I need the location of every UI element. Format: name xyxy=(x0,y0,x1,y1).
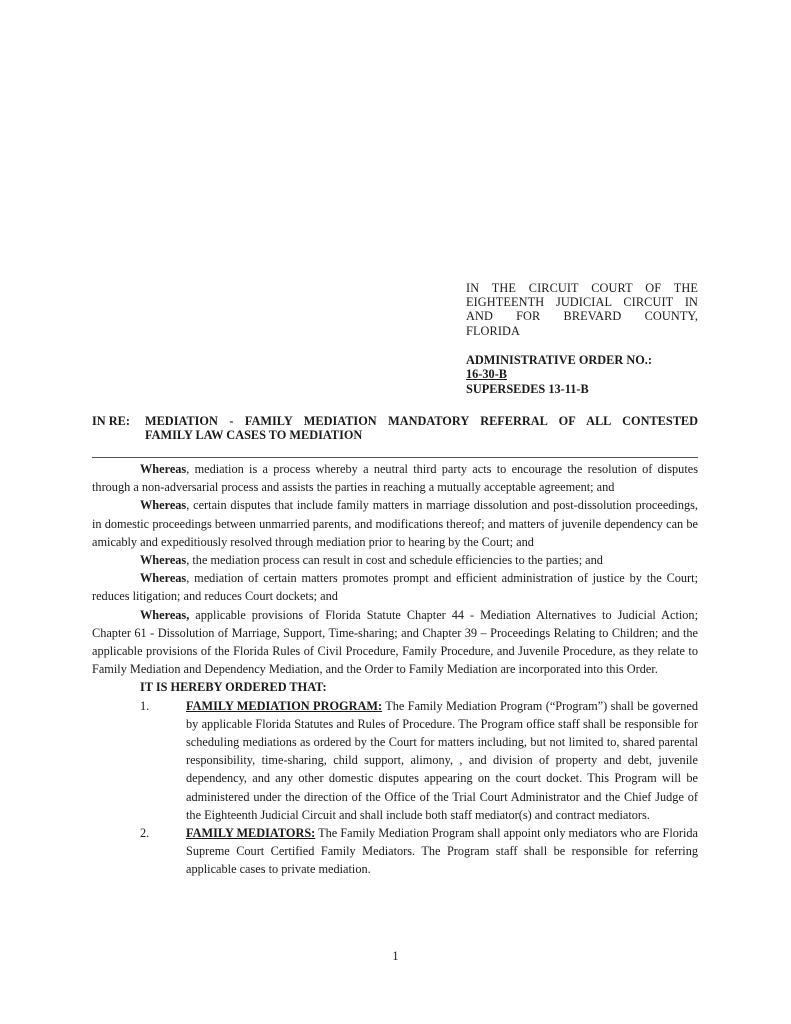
caption-line: EIGHTEENTH JUDICIAL CIRCUIT IN xyxy=(466,295,698,309)
in-re-heading: IN RE: MEDIATION - FAMILY MEDIATION MAND… xyxy=(92,414,698,442)
order-item: 2. FAMILY MEDIATORS: The Family Mediatio… xyxy=(140,824,698,879)
order-item: 1. FAMILY MEDIATION PROGRAM: The Family … xyxy=(140,697,698,824)
in-re-label: IN RE: xyxy=(92,414,130,428)
whereas-clause: Whereas, the mediation process can resul… xyxy=(92,551,698,569)
order-body: Whereas, mediation is a process whereby … xyxy=(92,460,698,879)
in-re-title-line2: FAMILY LAW CASES TO MEDIATION xyxy=(145,428,362,442)
item-number: 2. xyxy=(140,824,149,842)
item-heading: FAMILY MEDIATORS: xyxy=(186,826,315,840)
whereas-clause: Whereas, applicable provisions of Florid… xyxy=(92,606,698,679)
whereas-clause: Whereas, mediation is a process whereby … xyxy=(92,460,698,496)
whereas-lead: Whereas xyxy=(140,498,186,512)
caption-line: IN THE CIRCUIT COURT OF THE xyxy=(466,281,698,295)
order-number: 16-30-B xyxy=(466,367,652,381)
whereas-lead: Whereas, xyxy=(140,608,189,622)
separator-rule xyxy=(92,457,698,458)
item-heading: FAMILY MEDIATION PROGRAM: xyxy=(186,699,382,713)
caption-line: AND FOR BREVARD COUNTY, xyxy=(466,309,698,323)
item-text: The Family Mediation Program (“Program”)… xyxy=(186,699,698,822)
item-number: 1. xyxy=(140,697,149,715)
whereas-lead: Whereas xyxy=(140,553,186,567)
whereas-lead: Whereas xyxy=(140,462,186,476)
in-re-title-line1: MEDIATION - FAMILY MEDIATION MANDATORY R… xyxy=(145,414,698,428)
page-number: 1 xyxy=(0,949,791,964)
supersedes: SUPERSEDES 13-11-B xyxy=(466,382,652,396)
whereas-clause: Whereas, mediation of certain matters pr… xyxy=(92,569,698,605)
caption-line: FLORIDA xyxy=(466,324,698,338)
court-caption: IN THE CIRCUIT COURT OF THE EIGHTEENTH J… xyxy=(466,281,698,338)
ordered-heading: IT IS HEREBY ORDERED THAT: xyxy=(140,678,698,696)
order-label: ADMINISTRATIVE ORDER NO.: xyxy=(466,353,652,367)
whereas-lead: Whereas xyxy=(140,571,186,585)
administrative-order-block: ADMINISTRATIVE ORDER NO.: 16-30-B SUPERS… xyxy=(466,353,652,396)
whereas-text: , the mediation process can result in co… xyxy=(186,553,603,567)
whereas-clause: Whereas, certain disputes that include f… xyxy=(92,496,698,551)
